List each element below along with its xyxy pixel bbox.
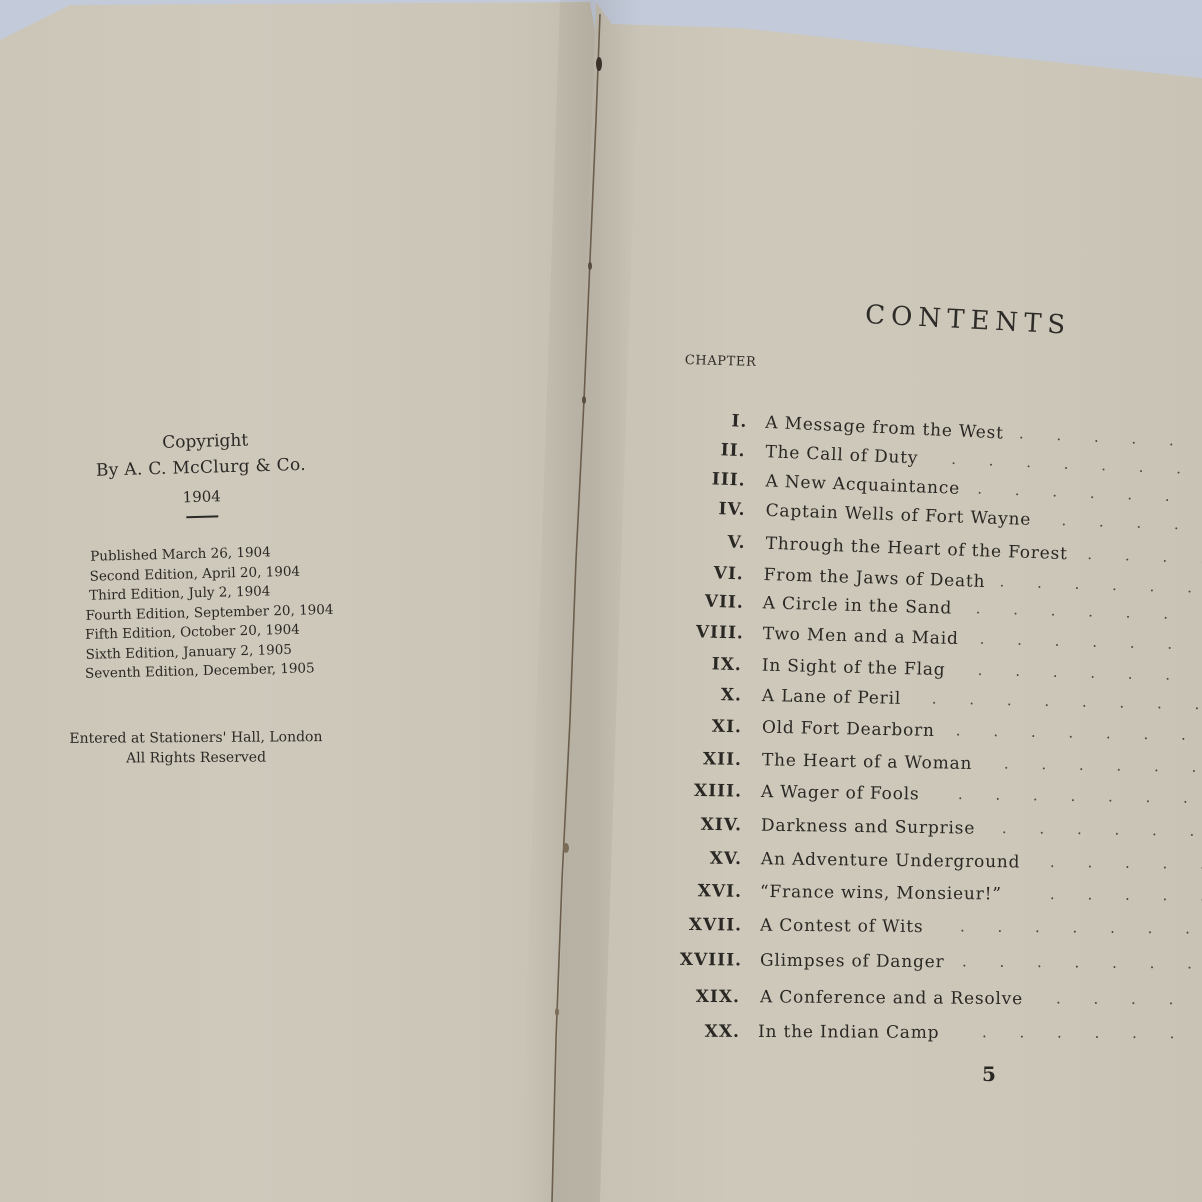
chapter-number: II. — [689, 439, 746, 461]
chapter-title: The Heart of a Woman — [762, 750, 973, 774]
chapter-title: A Contest of Wits — [760, 916, 924, 937]
chapter-title: Glimpses of Danger — [760, 951, 945, 973]
leader-dots: . . . . . . . . — [1050, 885, 1202, 905]
toc-entry: II. The Call of Duty . . . . . . . . . .… — [0, 410, 1, 436]
chapter-number: IV. — [689, 498, 746, 520]
chapter-number: XVII. — [676, 915, 742, 936]
chapter-number: VI. — [687, 563, 744, 585]
chapter-title: A Wager of Fools — [761, 782, 920, 804]
open-book-photo: Copyright By A. C. McClurg & Co. 1904 Pu… — [0, 0, 1202, 1202]
leader-dots: . . . . . . . . . . . — [982, 1023, 1202, 1042]
chapter-title: Through the Heart of the Forest — [765, 534, 1068, 565]
leader-dots: . . . . . . . . . . — [999, 572, 1201, 596]
chapter-number: XII. — [682, 749, 742, 770]
chapter-number: XX. — [678, 1022, 740, 1042]
leader-dots: . . . . . . . — [1050, 853, 1202, 873]
chapter-title: The Call of Duty — [765, 442, 919, 468]
chapter-title: Darkness and Surprise — [761, 816, 975, 839]
chapter-number: V. — [689, 531, 746, 553]
chapter-number: III. — [689, 468, 746, 490]
chapter-number: X. — [684, 684, 742, 705]
leader-dots: . . . . . . . . . — [1002, 819, 1202, 840]
table-of-contents: I. A Message from the West . . . . . . .… — [0, 0, 1202, 1202]
chapter-title: In the Indian Camp — [758, 1022, 939, 1043]
leader-dots: . . . . . . . . . . . — [1019, 424, 1202, 451]
leader-dots: . . . . . . . . . . . . — [956, 721, 1202, 744]
chapter-number: I. — [689, 409, 748, 432]
chapter-title: Two Men and a Maid — [763, 624, 959, 649]
leader-dots: . . . . . . . . . . . . — [958, 785, 1202, 807]
leader-dots: . . . . . . . — [1087, 545, 1202, 567]
leader-dots: . . . . . . . . . . . — [978, 661, 1202, 684]
chapter-title: In Sight of the Flag — [762, 656, 946, 680]
chapter-title: A Circle in the Sand — [763, 593, 953, 618]
leader-dots: . . . . . . . . . . . . — [962, 952, 1202, 972]
chapter-number: XVIII. — [668, 950, 742, 971]
chapter-number: XIII. — [680, 781, 742, 802]
chapter-title: A New Acquaintance — [765, 471, 960, 498]
chapter-number: XV. — [680, 848, 742, 869]
chapter-number: XVI. — [680, 881, 742, 902]
chapter-title: “France wins, Monsieur!” — [760, 882, 1002, 905]
chapter-title: An Adventure Underground — [761, 849, 1021, 872]
chapter-number: VIII. — [680, 622, 745, 644]
leader-dots: . . . . . . . . — [1061, 511, 1202, 534]
leader-dots: . . . . . . . . . . . . — [951, 450, 1202, 478]
chapter-title: Captain Wells of Fort Wayne — [765, 501, 1031, 530]
leader-dots: . . . . . . . . — [1056, 989, 1202, 1008]
toc-entry: I. A Message from the West . . . . . . .… — [0, 378, 1, 404]
leader-dots: . . . . . . . . . . . — [977, 480, 1202, 507]
chapter-number: XIX. — [678, 987, 740, 1007]
leader-dots: . . . . . . . . . . . — [980, 630, 1202, 654]
chapter-title: A Lane of Peril — [762, 686, 902, 709]
chapter-title: A Message from the West — [765, 413, 1004, 444]
leader-dots: . . . . . . . . . . . — [975, 599, 1201, 623]
chapter-number: XI. — [684, 716, 742, 737]
leader-dots: . . . . . . . . . . . . — [960, 917, 1202, 937]
chapter-title: A Conference and a Resolve — [760, 987, 1023, 1009]
chapter-title: Old Fort Dearborn — [762, 718, 935, 741]
chapter-number: VII. — [686, 591, 745, 613]
chapter-title: From the Jaws of Death — [763, 565, 985, 592]
chapter-number: XIV. — [680, 814, 742, 835]
chapter-number: IX. — [684, 654, 742, 675]
leader-dots: . . . . . . . . . . — [1004, 755, 1202, 776]
page-number: 5 — [982, 1062, 996, 1086]
leader-dots: . . . . . . . . . . . . . — [932, 690, 1202, 714]
